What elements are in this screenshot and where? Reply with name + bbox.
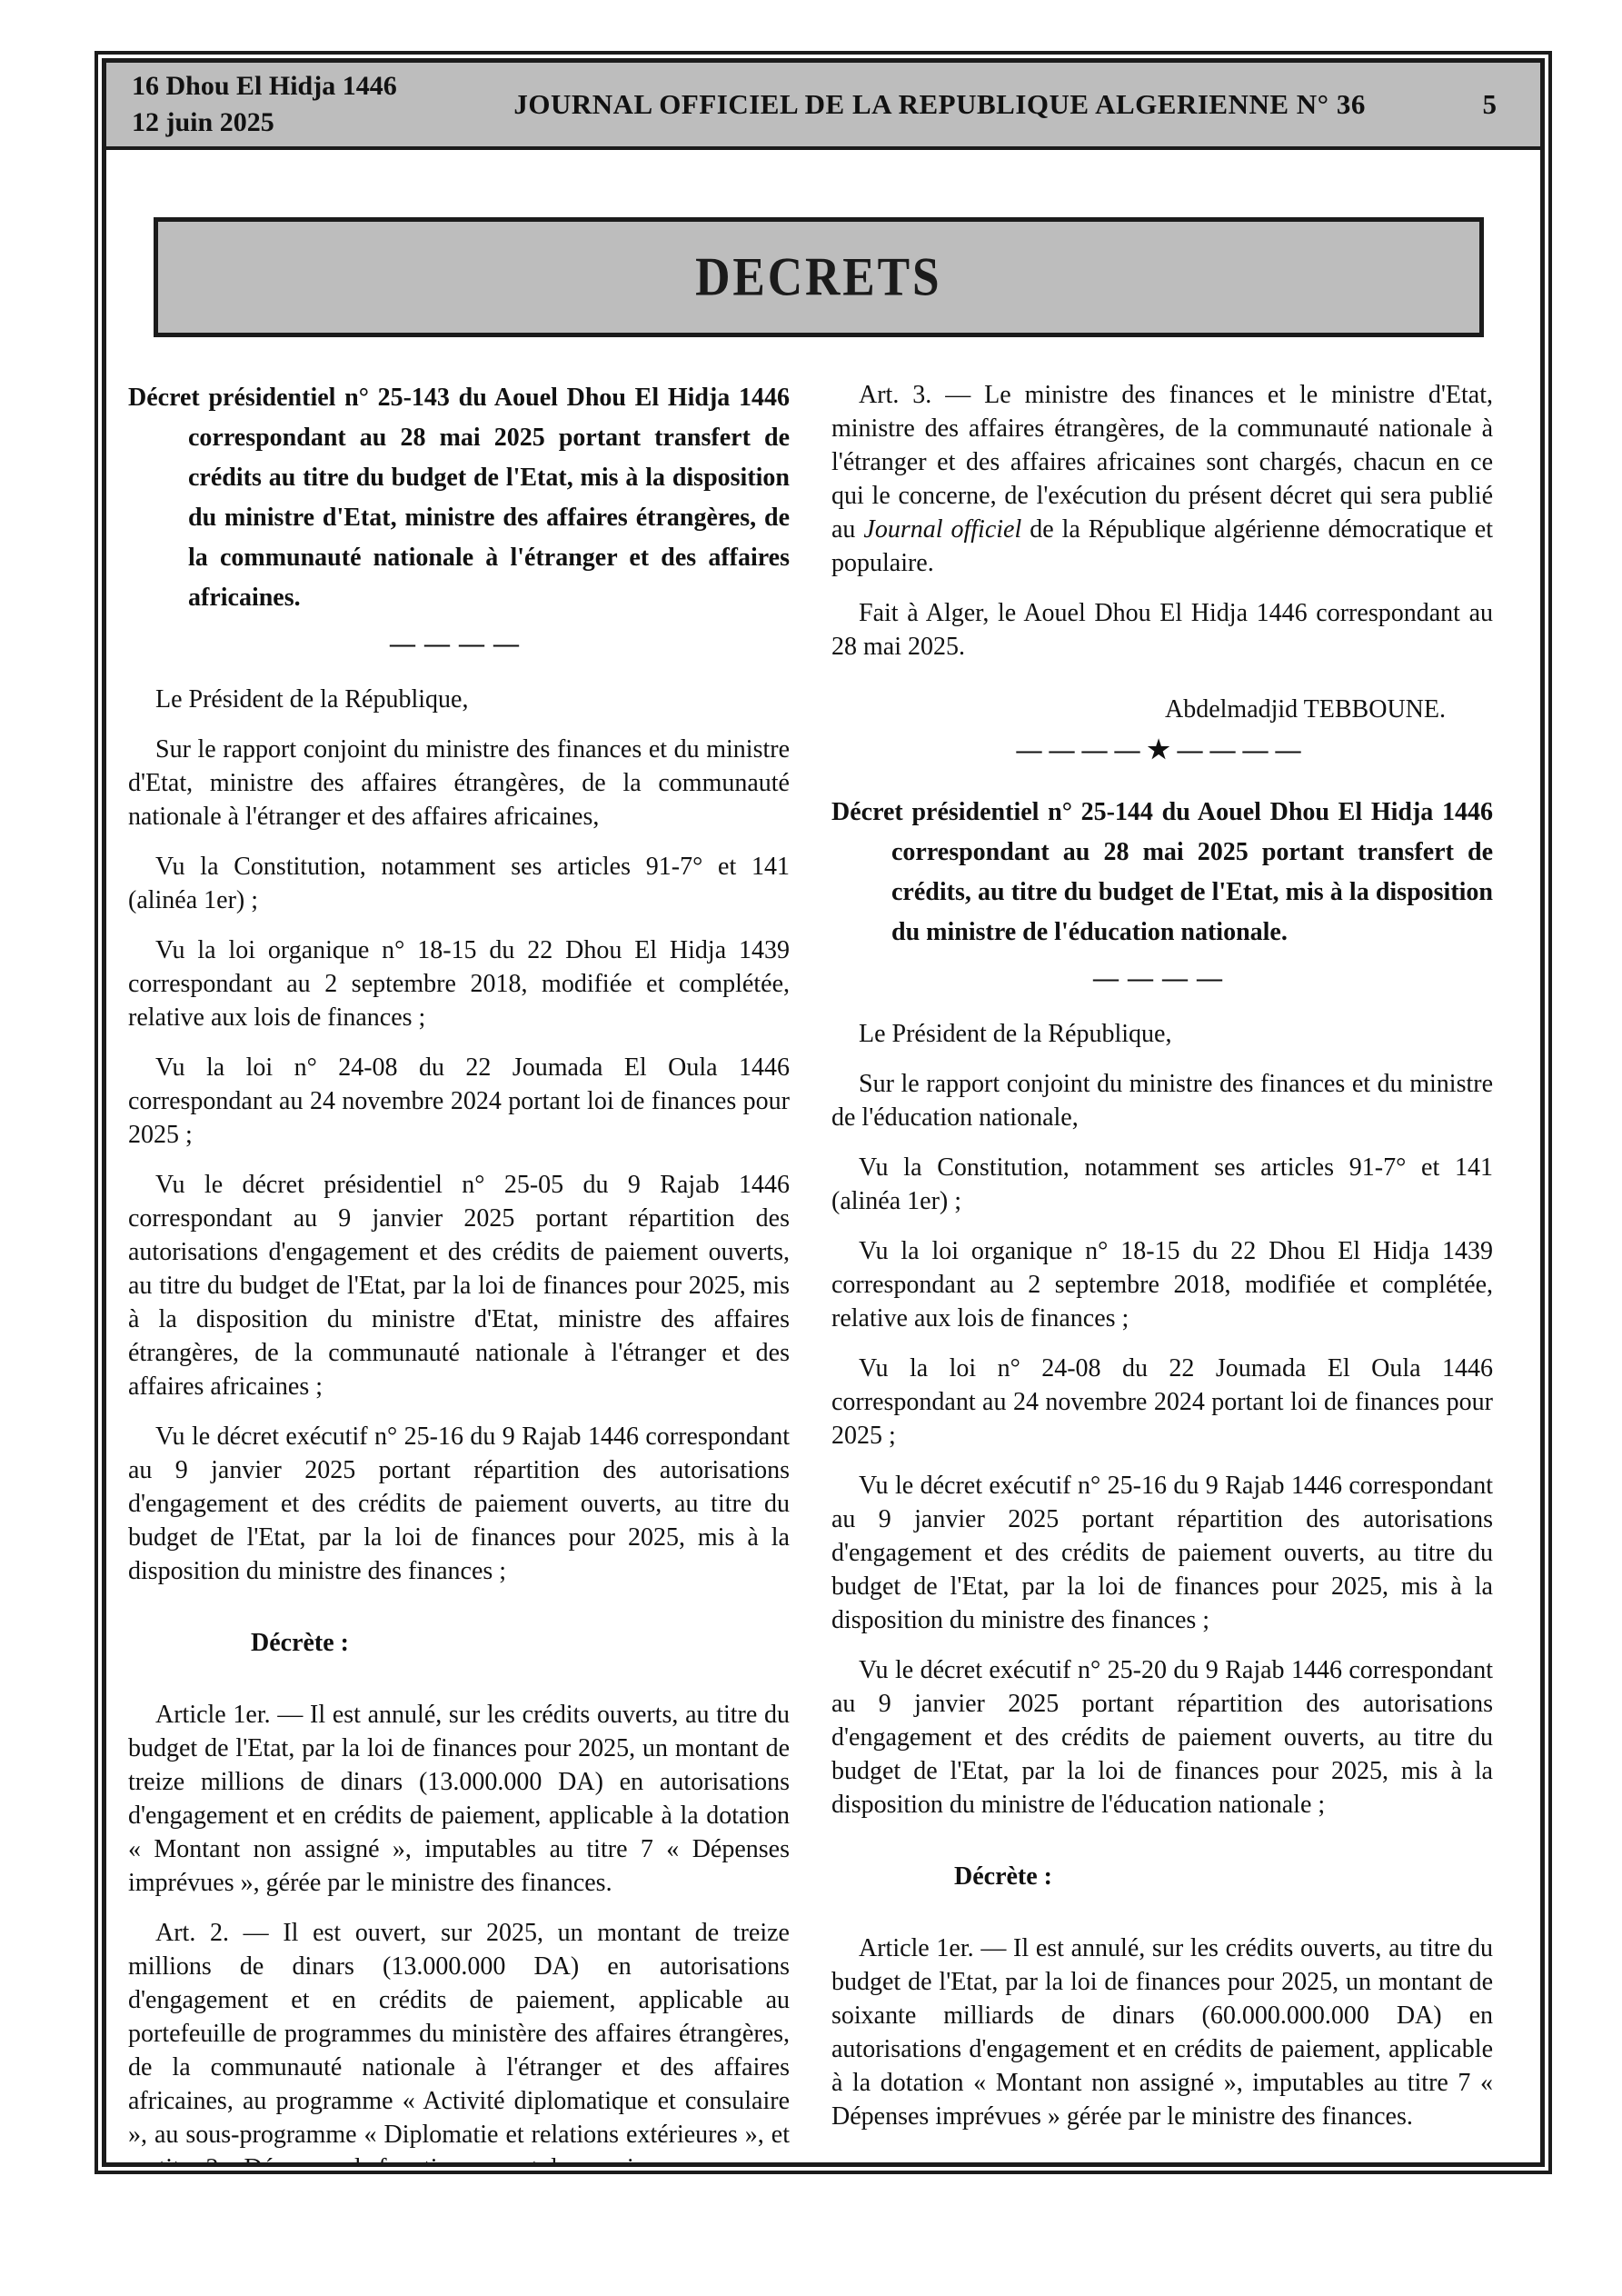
article-1: Article 1er. — Il est annulé, sur les cr… <box>831 1932 1493 2133</box>
article-2: Art. 2. — Il est ouvert, sur 2025, un mo… <box>128 1916 790 2167</box>
paragraph: Vu la Constitution, notamment ses articl… <box>831 1151 1493 1218</box>
dash-separator: ———— <box>128 627 790 661</box>
right-column: Art. 3. — Le ministre des finances et le… <box>831 378 1493 2167</box>
date-hijri: 16 Dhou El Hidja 1446 <box>132 68 397 105</box>
journal-title: JOURNAL OFFICIEL DE LA REPUBLIQUE ALGERI… <box>397 88 1483 121</box>
paragraph: Vu la loi n° 24-08 du 22 Joumada El Oula… <box>128 1051 790 1152</box>
paragraph: Vu le décret exécutif n° 25-20 du 9 Raja… <box>831 1653 1493 1822</box>
decree-25-144-title: Décret présidentiel n° 25-144 du Aouel D… <box>831 793 1493 953</box>
dash-separator: ———— <box>831 962 1493 995</box>
paragraph: Vu le décret présidentiel n° 25-05 du 9 … <box>128 1168 790 1403</box>
page-frame-inner: 16 Dhou El Hidja 1446 12 juin 2025 JOURN… <box>102 58 1545 2167</box>
page-number: 5 <box>1483 88 1503 121</box>
paragraph: Sur le rapport conjoint du ministre des … <box>831 1067 1493 1134</box>
paragraph: Sur le rapport conjoint du ministre des … <box>128 733 790 834</box>
masthead-dates: 16 Dhou El Hidja 1446 12 juin 2025 <box>132 68 397 141</box>
decree-25-143-title: Décret présidentiel n° 25-143 du Aouel D… <box>128 378 790 618</box>
star-separator: ————★———— <box>831 734 1493 767</box>
paragraph: Le Président de la République, <box>831 1017 1493 1051</box>
decrete-label: Décrète : <box>831 1860 1493 1893</box>
page-frame-outer: 16 Dhou El Hidja 1446 12 juin 2025 JOURN… <box>95 51 1552 2174</box>
date-gregorian: 12 juin 2025 <box>132 105 397 141</box>
paragraph: Vu la Constitution, notamment ses articl… <box>128 850 790 917</box>
decrete-label: Décrète : <box>128 1626 790 1660</box>
fait-a-alger: Fait à Alger, le Aouel Dhou El Hidja 144… <box>831 596 1493 664</box>
page-content: DECRETS Décret présidentiel n° 25-143 du… <box>106 150 1540 2167</box>
paragraph: Vu la loi organique n° 18-15 du 22 Dhou … <box>128 933 790 1034</box>
section-banner: DECRETS <box>154 217 1484 337</box>
text-columns: Décret présidentiel n° 25-143 du Aouel D… <box>128 378 1493 2167</box>
journal-page: 16 Dhou El Hidja 1446 12 juin 2025 JOURN… <box>0 0 1622 2296</box>
paragraph: Le Président de la République, <box>128 683 790 716</box>
paragraph: Vu la loi organique n° 18-15 du 22 Dhou … <box>831 1234 1493 1335</box>
article-3: Art. 3. — Le ministre des finances et le… <box>831 378 1493 580</box>
left-column: Décret présidentiel n° 25-143 du Aouel D… <box>128 378 790 2167</box>
article-1: Article 1er. — Il est annulé, sur les cr… <box>128 1698 790 1900</box>
journal-officiel-italic: Journal officiel <box>863 515 1021 544</box>
paragraph: Vu la loi n° 24-08 du 22 Joumada El Oula… <box>831 1352 1493 1452</box>
signature: Abdelmadjid TEBBOUNE. <box>831 693 1493 726</box>
paragraph: Vu le décret exécutif n° 25-16 du 9 Raja… <box>831 1469 1493 1637</box>
section-banner-title: DECRETS <box>695 245 941 308</box>
masthead: 16 Dhou El Hidja 1446 12 juin 2025 JOURN… <box>106 63 1540 150</box>
paragraph: Vu le décret exécutif n° 25-16 du 9 Raja… <box>128 1420 790 1588</box>
